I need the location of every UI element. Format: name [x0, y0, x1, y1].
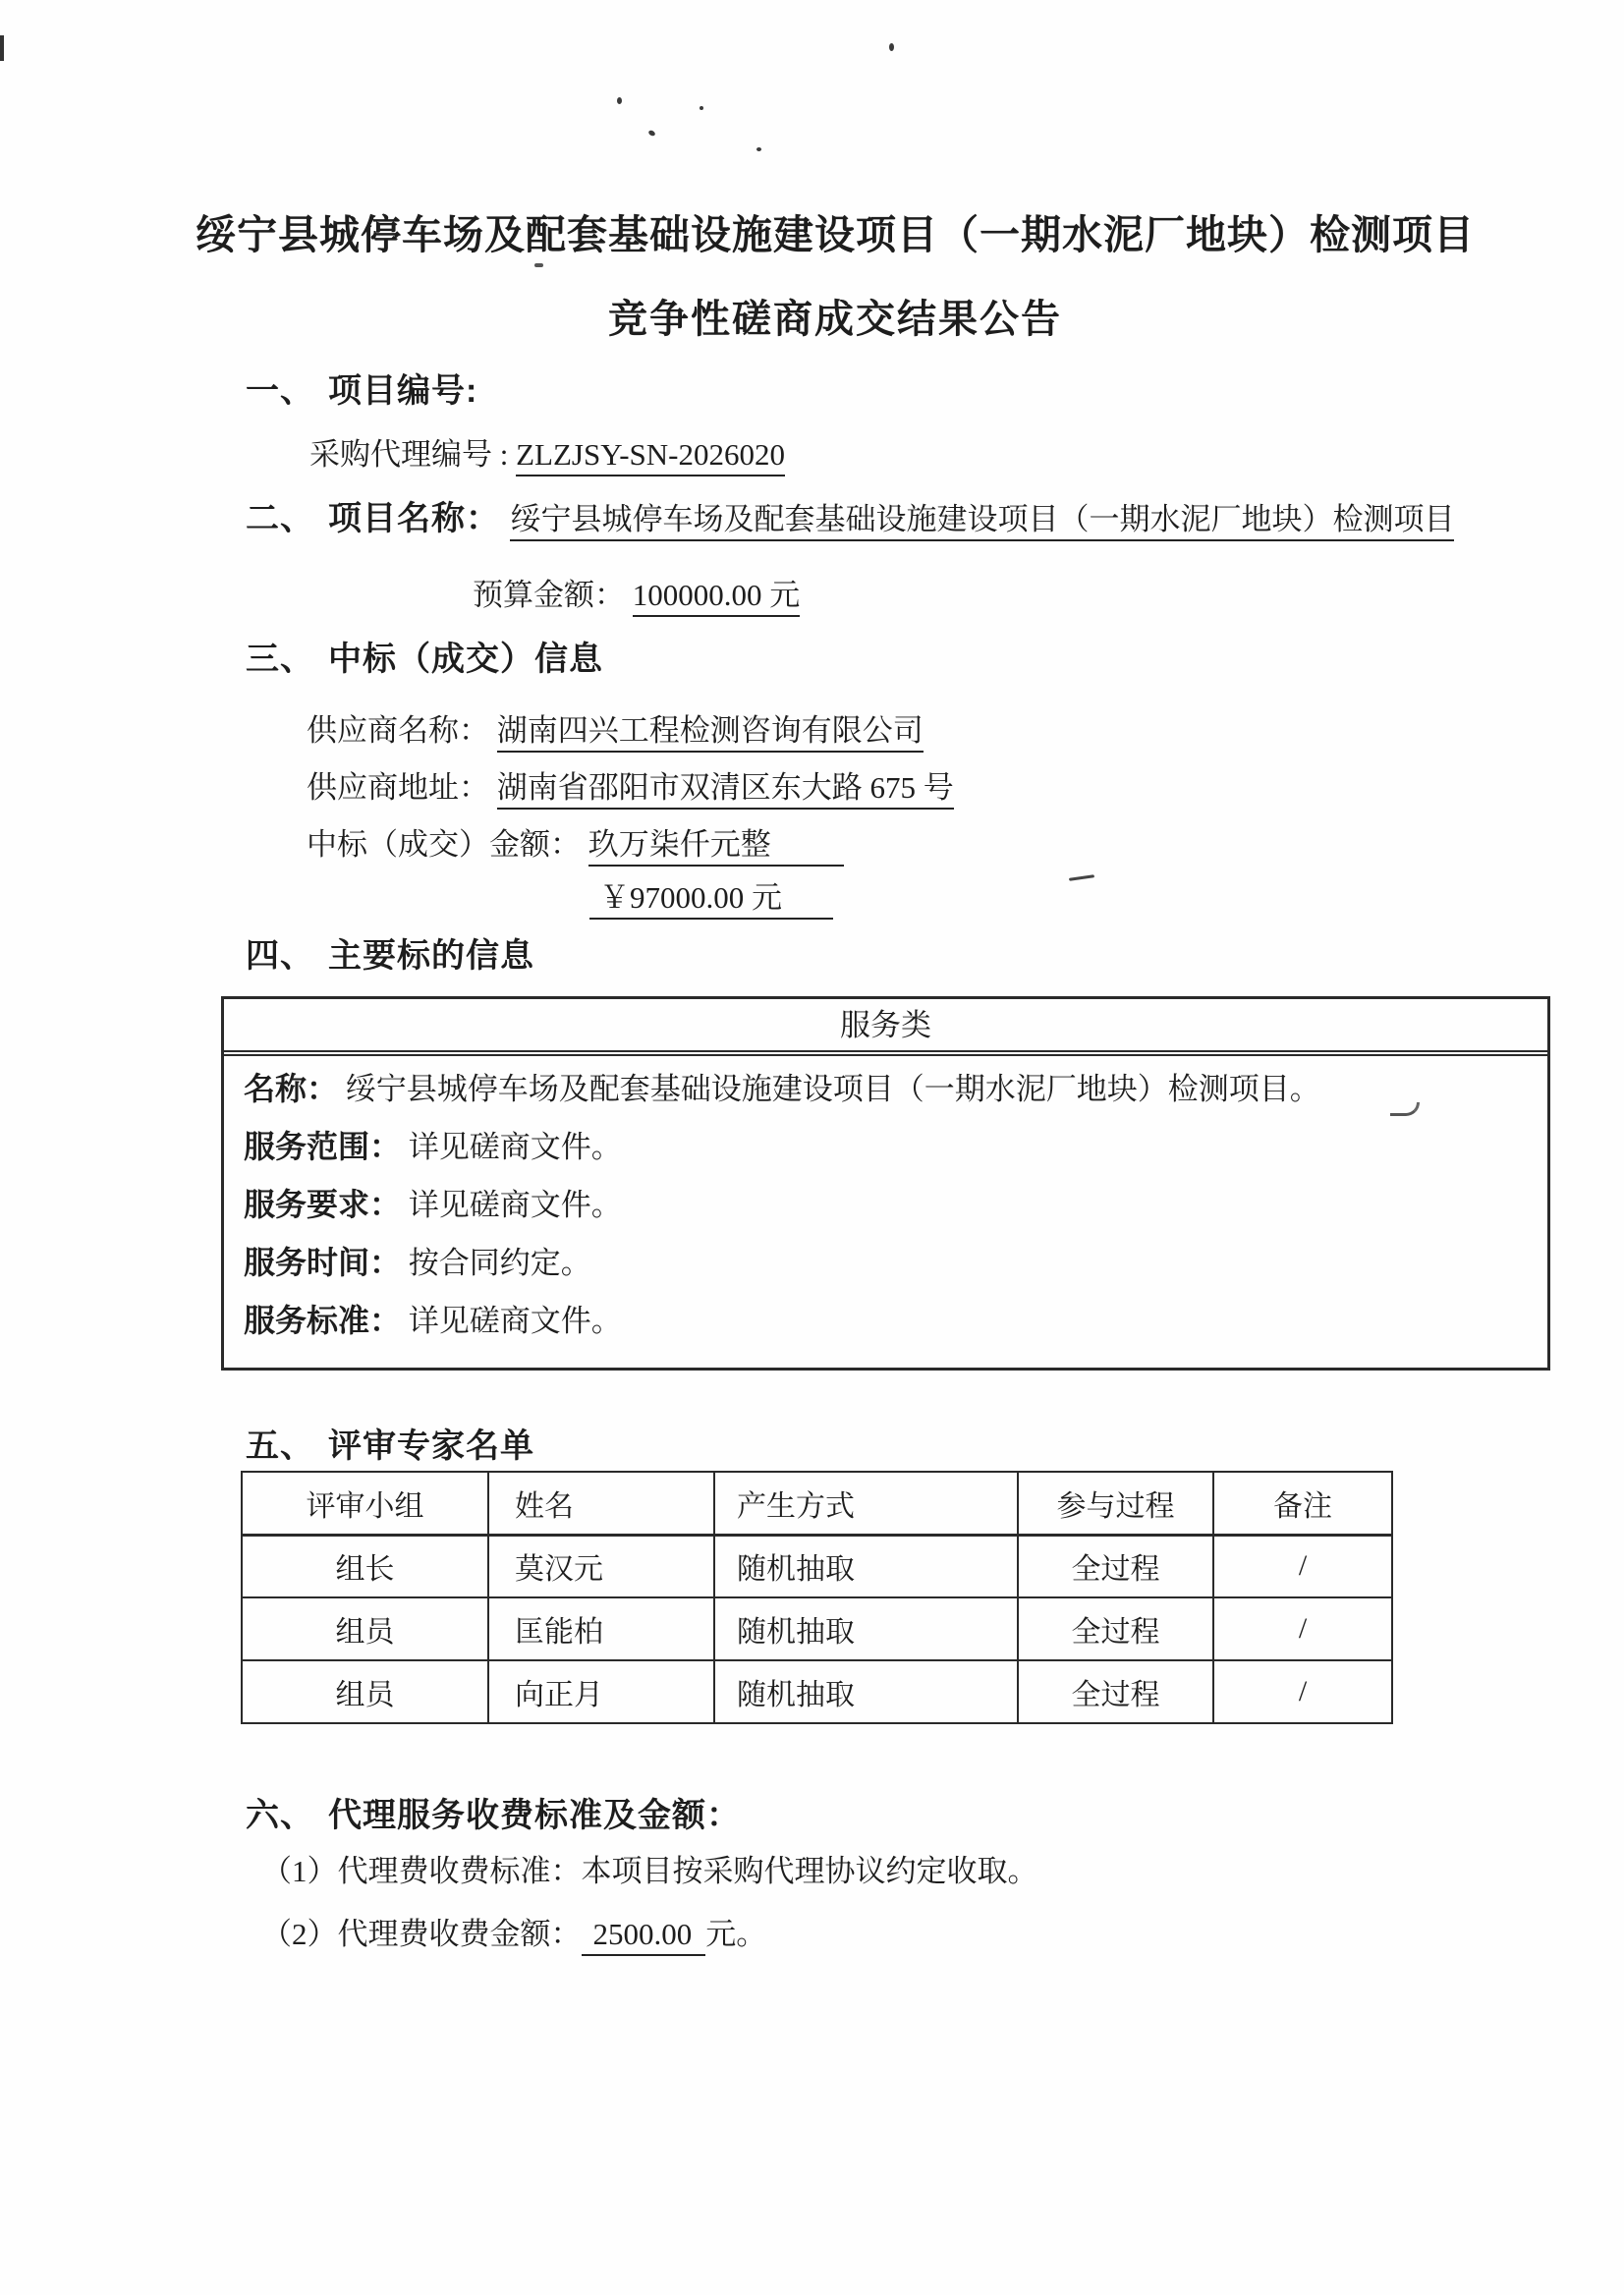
section-5-number: 五、	[246, 1427, 314, 1465]
cell-remarks: /	[1213, 1535, 1392, 1597]
expert-table-header-row: 评审小组 姓名 产生方式 参与过程 备注	[242, 1472, 1392, 1535]
agency-code-value: ZLZJSY-SN-2026020	[516, 437, 785, 476]
service-time-label: 服务时间：	[244, 1245, 401, 1280]
budget-value: 100000.00 元	[633, 578, 801, 617]
section-4-heading: 四、主要标的信息	[246, 937, 1624, 975]
scanned-document-page: 绥宁县城停车场及配套基础设施建设项目（一期水泥厂地块）检测项目 竞争性磋商成交结…	[0, 0, 1624, 2295]
budget-label: 预算金额：	[473, 578, 625, 612]
cell-participation: 全过程	[1018, 1660, 1213, 1723]
section-2-heading: 二、项目名称： 绥宁县城停车场及配套基础设施建设项目（一期水泥厂地块）检测项目	[246, 500, 1624, 538]
section-3-number: 三、	[246, 641, 314, 678]
section-2-number: 二、	[246, 500, 314, 537]
service-scope-label: 服务范围：	[244, 1129, 401, 1164]
award-amount-chinese: 玖万柒仟元整	[588, 827, 844, 867]
subject-name-value: 绥宁县城停车场及配套基础设施建设项目（一期水泥厂地块）检测项目。	[346, 1072, 1320, 1106]
service-standard-row: 服务标准： 详见磋商文件。	[244, 1304, 1547, 1338]
fee-amount-suffix: 元。	[705, 1917, 766, 1951]
cell-name: 匡能柏	[488, 1597, 714, 1660]
award-amount-numeric: ￥97000.00 元	[589, 880, 833, 920]
fee-amount-line: （2）代理费收费金额：2500.00元。	[261, 1917, 1624, 1952]
service-standard-label: 服务标准：	[244, 1303, 401, 1338]
expert-table-row: 组员 匡能柏 随机抽取 全过程 /	[242, 1597, 1392, 1660]
cell-name: 向正月	[488, 1660, 714, 1723]
subject-info-box: 服务类 名称： 绥宁县城停车场及配套基础设施建设项目（一期水泥厂地块）检测项目。…	[221, 996, 1550, 1371]
section-5-heading: 五、评审专家名单	[246, 1427, 1624, 1465]
cell-method: 随机抽取	[714, 1597, 1018, 1660]
fee-amount-label: （2）代理费收费金额：	[261, 1917, 582, 1951]
scan-speck	[534, 263, 543, 267]
section-5-title: 评审专家名单	[328, 1427, 534, 1465]
section-6-title: 代理服务收费标准及金额：	[328, 1797, 741, 1834]
section-4-number: 四、	[246, 937, 314, 975]
subject-name-row: 名称： 绥宁县城停车场及配套基础设施建设项目（一期水泥厂地块）检测项目。	[244, 1072, 1547, 1106]
scan-edge-mark	[0, 35, 4, 61]
service-scope-value: 详见磋商文件。	[409, 1130, 622, 1164]
header-remarks: 备注	[1213, 1472, 1392, 1535]
service-requirement-row: 服务要求： 详见磋商文件。	[244, 1188, 1547, 1222]
section-1-number: 一、	[246, 372, 314, 410]
cell-participation: 全过程	[1018, 1597, 1213, 1660]
expert-review-table: 评审小组 姓名 产生方式 参与过程 备注 组长 莫汉元 随机抽取 全过程 / 组…	[241, 1471, 1393, 1724]
agency-code-line: 采购代理编号 : ZLZJSY-SN-2026020	[309, 437, 1624, 473]
scan-speck	[889, 43, 894, 51]
supplier-address-value: 湖南省邵阳市双清区东大路 675 号	[497, 770, 954, 810]
section-6-heading: 六、代理服务收费标准及金额：	[246, 1797, 1624, 1834]
project-name-value: 绥宁县城停车场及配套基础设施建设项目（一期水泥厂地块）检测项目	[510, 502, 1454, 541]
service-requirement-value: 详见磋商文件。	[409, 1188, 622, 1222]
cell-name: 莫汉元	[488, 1535, 714, 1597]
section-3-heading: 三、中标（成交）信息	[246, 641, 1624, 678]
expert-table-row: 组员 向正月 随机抽取 全过程 /	[242, 1660, 1392, 1723]
scan-speck	[700, 106, 703, 110]
scan-speck	[617, 97, 622, 104]
subject-info-body: 名称： 绥宁县城停车场及配套基础设施建设项目（一期水泥厂地块）检测项目。 服务范…	[224, 1056, 1547, 1368]
supplier-name-label: 供应商名称：	[307, 713, 489, 748]
fee-standard-label: （1）代理费收费标准：	[261, 1854, 582, 1888]
section-6-number: 六、	[246, 1797, 314, 1834]
supplier-name-line: 供应商名称： 湖南四兴工程检测咨询有限公司	[307, 713, 1624, 749]
header-participation: 参与过程	[1018, 1472, 1213, 1535]
section-1-title: 项目编号:	[328, 372, 477, 410]
service-time-value: 按合同约定。	[409, 1246, 591, 1280]
cell-remarks: /	[1213, 1597, 1392, 1660]
cell-role: 组长	[242, 1535, 488, 1597]
expert-table-row: 组长 莫汉元 随机抽取 全过程 /	[242, 1535, 1392, 1597]
cell-role: 组员	[242, 1597, 488, 1660]
cell-role: 组员	[242, 1660, 488, 1723]
cell-remarks: /	[1213, 1660, 1392, 1723]
section-2-title: 项目名称：	[328, 500, 500, 537]
award-amount-numeric-line: ￥97000.00 元	[589, 880, 1624, 916]
supplier-name-value: 湖南四兴工程检测咨询有限公司	[497, 713, 924, 753]
budget-line: 预算金额： 100000.00 元	[473, 578, 1624, 613]
header-name: 姓名	[488, 1472, 714, 1535]
document-subtitle: 竞争性磋商成交结果公告	[59, 298, 1611, 341]
fee-standard-value: 本项目按采购代理协议约定收取。	[582, 1854, 1038, 1888]
section-1-heading: 一、项目编号:	[246, 372, 1624, 410]
fee-amount-value: 2500.00	[582, 1917, 706, 1956]
service-time-row: 服务时间： 按合同约定。	[244, 1246, 1547, 1280]
supplier-address-line: 供应商地址： 湖南省邵阳市双清区东大路 675 号	[307, 770, 1624, 806]
service-scope-row: 服务范围： 详见磋商文件。	[244, 1130, 1547, 1164]
document-title: 绥宁县城停车场及配套基础设施建设项目（一期水泥厂地块）检测项目	[59, 211, 1611, 258]
section-3-title: 中标（成交）信息	[328, 641, 603, 678]
service-requirement-label: 服务要求：	[244, 1187, 401, 1222]
fee-standard-line: （1）代理费收费标准：本项目按采购代理协议约定收取。	[261, 1854, 1624, 1889]
subject-category-header: 服务类	[224, 999, 1547, 1056]
award-amount-line: 中标（成交）金额： 玖万柒仟元整	[307, 827, 1624, 863]
cell-method: 随机抽取	[714, 1535, 1018, 1597]
cell-participation: 全过程	[1018, 1535, 1213, 1597]
header-review-group: 评审小组	[242, 1472, 488, 1535]
header-selection-method: 产生方式	[714, 1472, 1018, 1535]
supplier-address-label: 供应商地址：	[307, 770, 489, 805]
award-amount-label: 中标（成交）金额：	[307, 827, 581, 862]
section-4-title: 主要标的信息	[328, 937, 534, 975]
subject-name-label: 名称：	[244, 1071, 338, 1106]
agency-code-label: 采购代理编号 :	[309, 437, 508, 472]
service-standard-value: 详见磋商文件。	[409, 1304, 622, 1338]
cell-method: 随机抽取	[714, 1660, 1018, 1723]
scan-speck	[756, 147, 761, 151]
